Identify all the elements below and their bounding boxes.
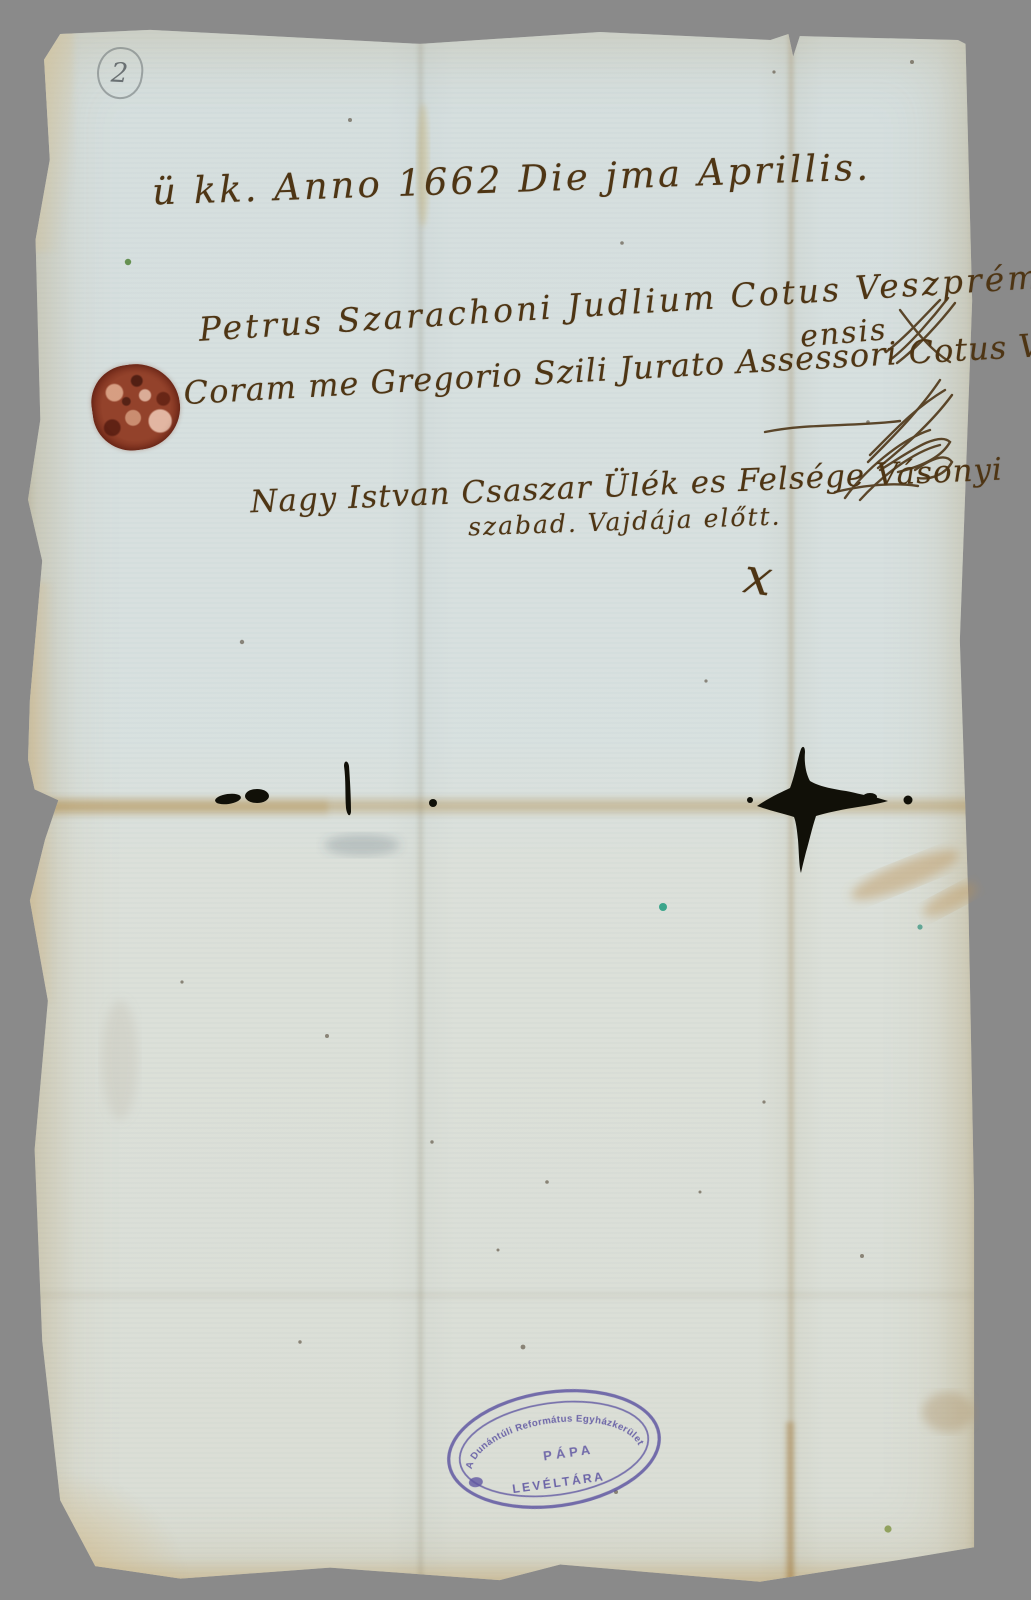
- stamp-bottom-text: LEVÉLTÁRA: [511, 1468, 606, 1496]
- folio-number: 2: [111, 57, 130, 89]
- vertical-fold-crease-left: [416, 22, 425, 1588]
- manuscript-paper-sheet: [28, 22, 975, 1588]
- horizontal-fold-crease-stain: [28, 796, 328, 818]
- worn-edge-bottom-left: [28, 1468, 188, 1588]
- worn-edge-left: [28, 582, 54, 1002]
- stamp-center-text: PÁPA: [542, 1442, 595, 1464]
- worn-edge-top-left: [28, 22, 74, 252]
- vertical-crease-bottom-stain: [784, 1422, 796, 1582]
- vertical-fold-crease-right: [786, 22, 796, 1588]
- faint-lower-crease: [28, 1290, 975, 1300]
